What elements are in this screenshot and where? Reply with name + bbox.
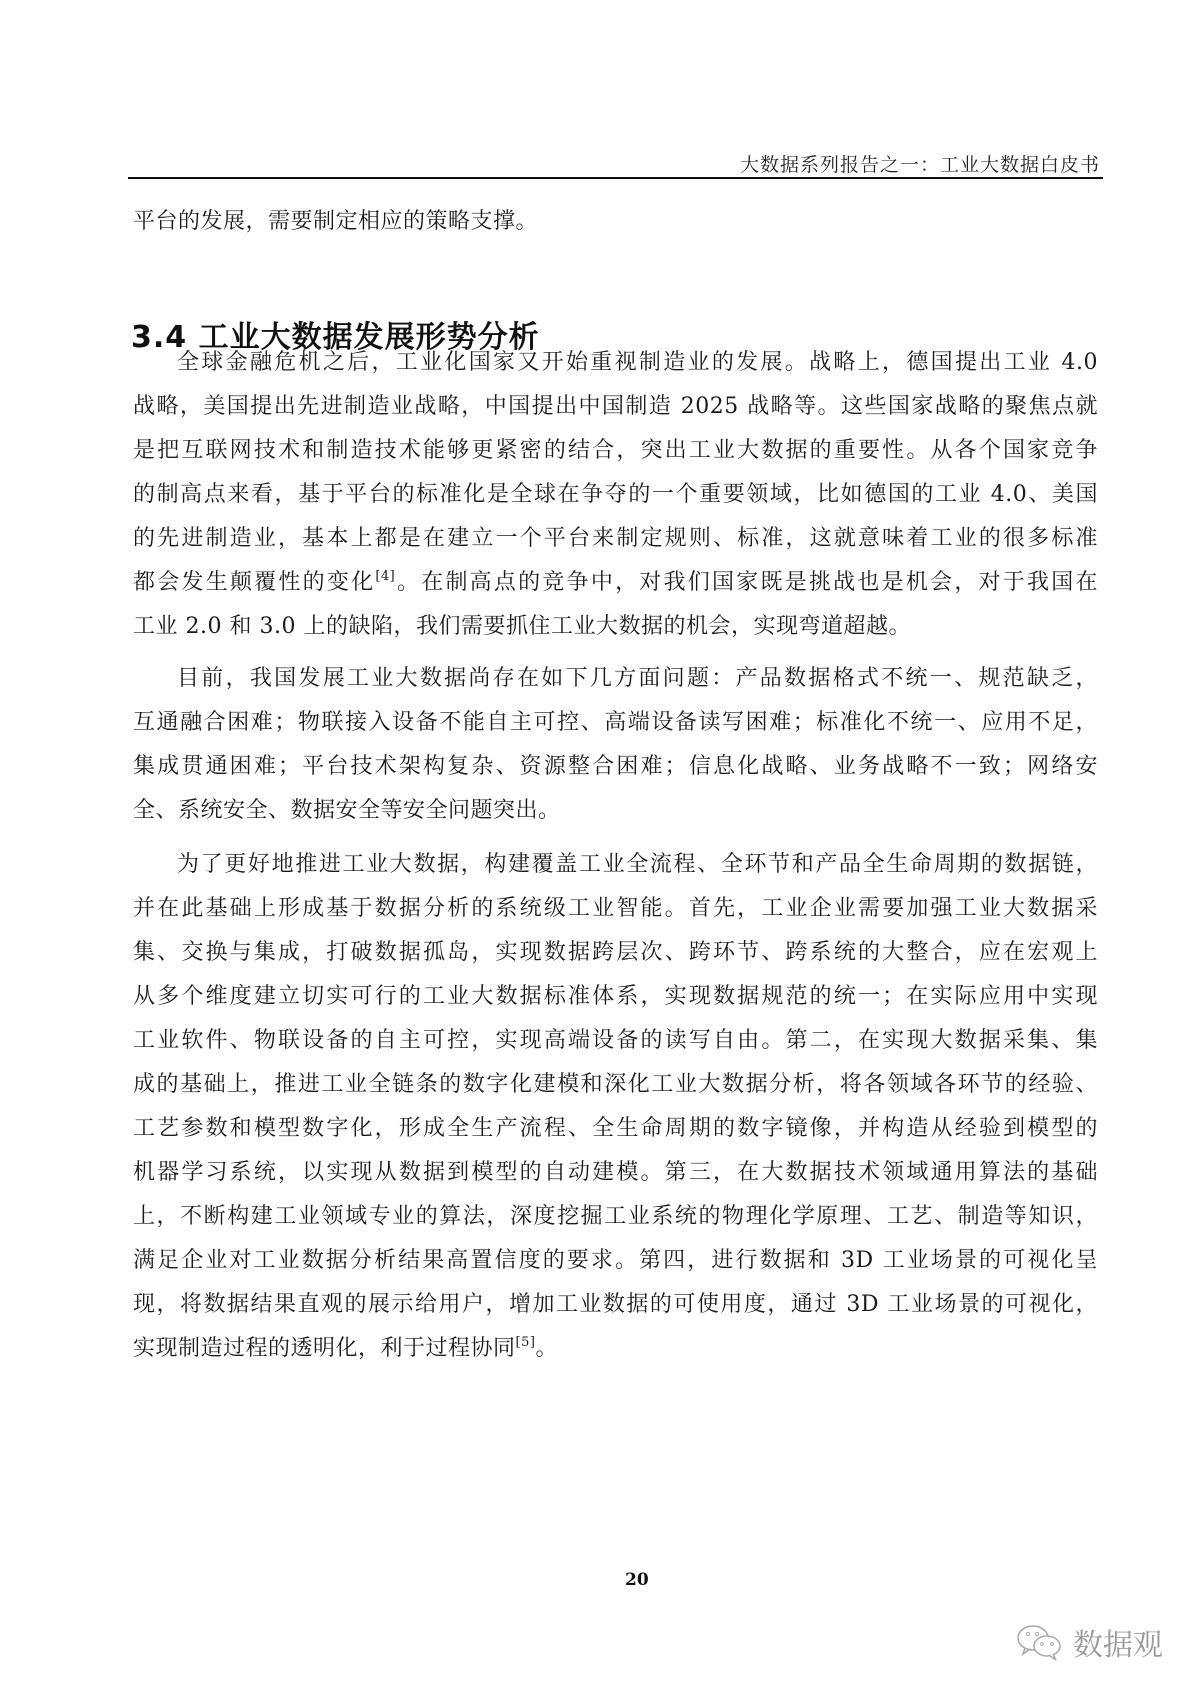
text-line: 工艺参数和模型数字化，形成全生产流程、全生命周期的数字镜像，并构造从经验到模型的	[133, 1107, 1098, 1151]
intro-paragraph: 平台的发展，需要制定相应的策略支撑。	[133, 200, 1098, 244]
document-page: 大数据系列报告之一：工业大数据白皮书 平台的发展，需要制定相应的策略支撑。 3.…	[0, 0, 1200, 1696]
text-line: 集成贯通困难；平台技术架构复杂、资源整合困难；信息化战略、业务战略不一致；网络安	[133, 745, 1098, 789]
text-line: 集、交换与集成，打破数据孤岛，实现数据跨层次、跨环节、跨系统的大整合，应在宏观上	[133, 931, 1098, 975]
wechat-icon	[1015, 1622, 1065, 1662]
text-segment: 。在制高点的竞争中，对我们国家既是挑战也是机会，对于我国在	[395, 570, 1098, 595]
text-line: 互通融合困难；物联接入设备不能自主可控、高端设备读写困难；标准化不统一、应用不足…	[133, 701, 1098, 745]
text-line: 平台的发展，需要制定相应的策略支撑。	[133, 200, 1098, 244]
text-line: 从多个维度建立切实可行的工业大数据标准体系，实现数据规范的统一；在实际应用中实现	[133, 975, 1098, 1019]
text-segment: 。	[535, 1336, 558, 1361]
header-divider	[128, 177, 1103, 179]
text-line: 满足企业对工业数据分析结果高置信度的要求。第四，进行数据和 3D 工业场景的可视…	[133, 1239, 1098, 1283]
text-segment: 都会发生颠覆性的变化	[133, 570, 375, 595]
paragraph-3: 为了更好地推进工业大数据，构建覆盖工业全流程、全环节和产品全生命周期的数据链， …	[133, 843, 1098, 1371]
text-line: 工业软件、物联设备的自主可控，实现高端设备的读写自由。第二，在实现大数据采集、集	[133, 1019, 1098, 1063]
text-line: 现，将数据结果直观的展示给用户，增加工业数据的可使用度，通过 3D 工业场景的可…	[133, 1283, 1098, 1327]
text-line: 为了更好地推进工业大数据，构建覆盖工业全流程、全环节和产品全生命周期的数据链，	[133, 843, 1098, 887]
text-line: 的先进制造业，基本上都是在建立一个平台来制定规则、标准，这就意味着工业的很多标准	[133, 517, 1098, 561]
text-line: 机器学习系统，以实现从数据到模型的自动建模。第三，在大数据技术领域通用算法的基础	[133, 1151, 1098, 1195]
paragraph-2: 目前，我国发展工业大数据尚存在如下几方面问题：产品数据格式不统一、规范缺乏， 互…	[133, 657, 1098, 833]
text-line: 并在此基础上形成基于数据分析的系统级工业智能。首先，工业企业需要加强工业大数据采	[133, 887, 1098, 931]
paragraph-1: 全球金融危机之后，工业化国家又开始重视制造业的发展。战略上，德国提出工业 4.0…	[133, 341, 1098, 649]
text-line: 全球金融危机之后，工业化国家又开始重视制造业的发展。战略上，德国提出工业 4.0	[133, 341, 1098, 385]
text-line: 工业 2.0 和 3.0 上的缺陷，我们需要抓住工业大数据的机会，实现弯道超越。	[133, 605, 1098, 649]
watermark: 数据观	[1015, 1620, 1163, 1664]
citation-ref[interactable]: [4]	[375, 569, 395, 584]
text-line: 全、系统安全、数据安全等安全问题突出。	[133, 789, 1098, 833]
text-line: 战略，美国提出先进制造业战略，中国提出中国制造 2025 战略等。这些国家战略的…	[133, 385, 1098, 429]
text-line: 的制高点来看，基于平台的标准化是全球在争夺的一个重要领域，比如德国的工业 4.0…	[133, 473, 1098, 517]
citation-ref[interactable]: [5]	[516, 1335, 536, 1350]
text-line: 目前，我国发展工业大数据尚存在如下几方面问题：产品数据格式不统一、规范缺乏，	[133, 657, 1098, 701]
watermark-text: 数据观	[1073, 1620, 1163, 1664]
page-number: 20	[625, 1570, 649, 1590]
text-line-with-citation: 都会发生颠覆性的变化[4]。在制高点的竞争中，对我们国家既是挑战也是机会，对于我…	[133, 561, 1098, 605]
text-line: 是把互联网技术和制造技术能够更紧密的结合，突出工业大数据的重要性。从各个国家竞争	[133, 429, 1098, 473]
text-segment: 实现制造过程的透明化，利于过程协同	[133, 1336, 516, 1361]
text-line: 成的基础上，推进工业全链条的数字化建模和深化工业大数据分析，将各领域各环节的经验…	[133, 1063, 1098, 1107]
text-line: 上，不断构建工业领域专业的算法，深度挖掘工业系统的物理化学原理、工艺、制造等知识…	[133, 1195, 1098, 1239]
running-header: 大数据系列报告之一：工业大数据白皮书	[740, 150, 1100, 177]
text-line-with-citation: 实现制造过程的透明化，利于过程协同[5]。	[133, 1327, 1098, 1371]
